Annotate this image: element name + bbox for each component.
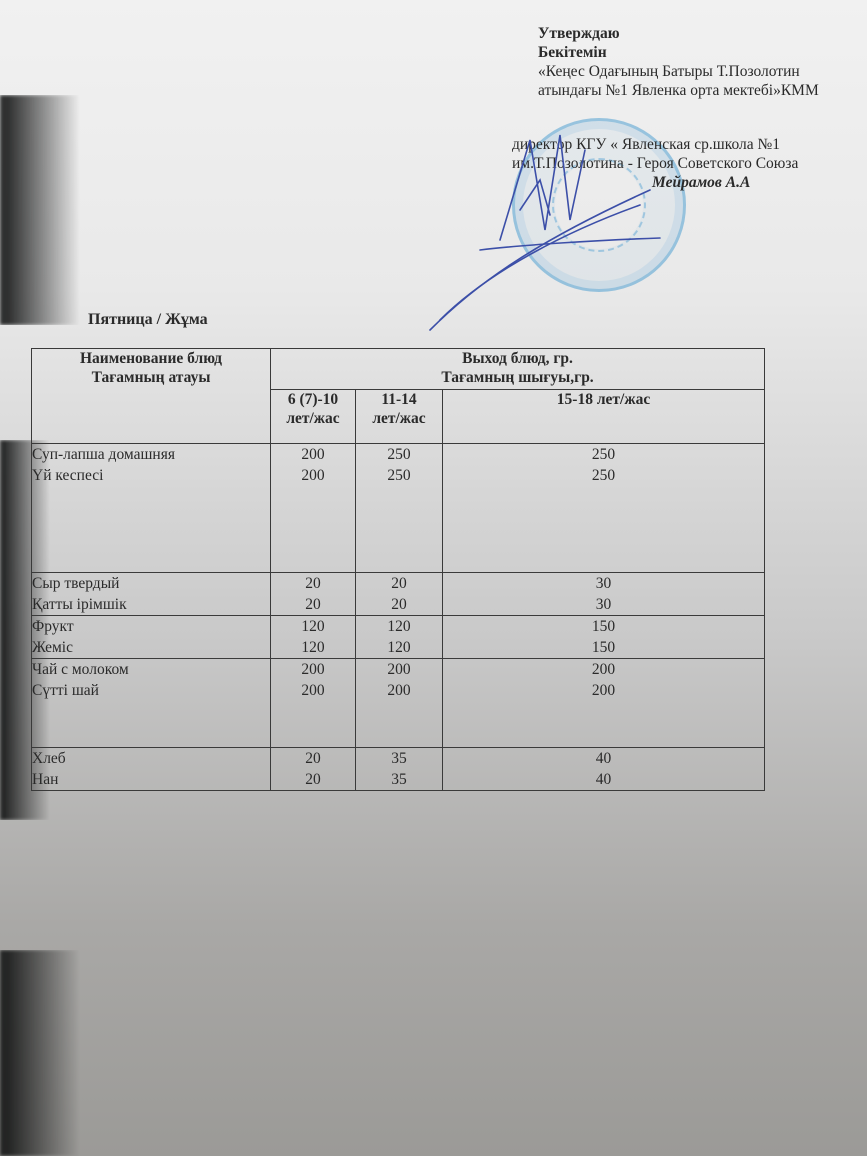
dish-name: Сыр твердыйҚатты ірімшік <box>32 573 271 616</box>
header-output: Выход блюд, гр. Тағамның шығуы,гр. <box>271 349 765 390</box>
portion-11-14: 250250 <box>356 444 443 573</box>
header-dish-name: Наименование блюд Тағамның атауы <box>32 349 271 444</box>
portion-11-14: 3535 <box>356 748 443 791</box>
table-row: Чай с молокомСүтті шай200200200200200200 <box>32 659 765 748</box>
table-row: ХлебНан202035354040 <box>32 748 765 791</box>
portion-11-14: 200200 <box>356 659 443 748</box>
header-age-15-18: 15-18 лет/жас <box>443 390 765 444</box>
portion-6-10: 2020 <box>271 573 356 616</box>
portion-11-14: 2020 <box>356 573 443 616</box>
portion-11-14: 120120 <box>356 616 443 659</box>
menu-table: Наименование блюд Тағамның атауы Выход б… <box>31 348 765 791</box>
day-title: Пятница / Жұма <box>88 311 208 329</box>
header-age-6-10: 6 (7)-10 лет/жас <box>271 390 356 444</box>
dish-name: ФруктЖеміс <box>32 616 271 659</box>
portion-6-10: 200200 <box>271 444 356 573</box>
portion-6-10: 200200 <box>271 659 356 748</box>
table-row: Суп-лапша домашняяҮй кеспесі200200250250… <box>32 444 765 573</box>
signature <box>420 120 670 340</box>
portion-15-18: 200200 <box>443 659 765 748</box>
table-row: Сыр твердыйҚатты ірімшік202020203030 <box>32 573 765 616</box>
table-row: ФруктЖеміс120120120120150150 <box>32 616 765 659</box>
portion-15-18: 4040 <box>443 748 765 791</box>
school-name-kz-2: атындағы №1 Явленка орта мектебі»КММ <box>538 81 819 100</box>
dish-name: Суп-лапша домашняяҮй кеспесі <box>32 444 271 573</box>
scan-shadow-top <box>0 95 80 325</box>
portion-15-18: 150150 <box>443 616 765 659</box>
portion-15-18: 3030 <box>443 573 765 616</box>
portion-6-10: 2020 <box>271 748 356 791</box>
approval-ru: Утверждаю <box>538 24 819 43</box>
dish-name: Чай с молокомСүтті шай <box>32 659 271 748</box>
approval-block: Утверждаю Бекітемін «Кеңес Одағының Баты… <box>538 24 819 100</box>
portion-6-10: 120120 <box>271 616 356 659</box>
header-age-11-14: 11-14 лет/жас <box>356 390 443 444</box>
school-name-kz-1: «Кеңес Одағының Батыры Т.Позолотин <box>538 62 819 81</box>
portion-15-18: 250250 <box>443 444 765 573</box>
scan-shadow-bottom <box>0 950 80 1156</box>
dish-name: ХлебНан <box>32 748 271 791</box>
approval-kz: Бекітемін <box>538 43 819 62</box>
